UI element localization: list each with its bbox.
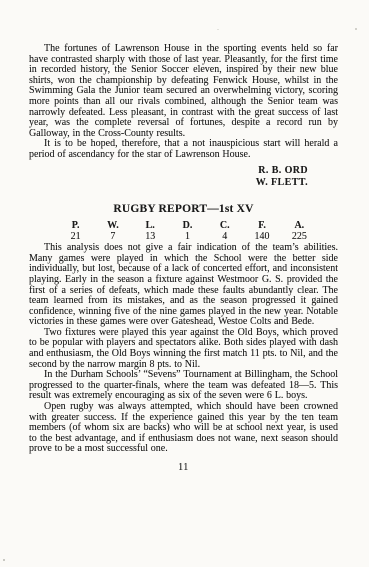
signature-block: R. B. ORD W. FLETT. <box>29 165 338 189</box>
stats-header-cell: P. <box>57 220 94 232</box>
rugby-report-heading: RUGBY REPORT—1st XV <box>29 203 338 215</box>
house-report-paragraph: It is to be hoped, therefore, that a not… <box>29 139 338 160</box>
rugby-stats-table: P. W. L. D. C. F. A. 21 7 13 1 4 140 225 <box>57 220 318 244</box>
scan-speck <box>3 559 5 561</box>
scan-speck <box>355 28 357 30</box>
stats-header-row: P. W. L. D. C. F. A. <box>57 220 318 232</box>
signature-name: R. B. ORD <box>29 165 308 177</box>
scanned-page: The fortunes of Lawrenson House in the s… <box>0 0 369 567</box>
stats-header-cell: F. <box>243 220 280 232</box>
rugby-report-paragraph: In the Durham Schools’ “Sevens” Tourname… <box>29 370 338 402</box>
scan-speck <box>217 29 219 30</box>
house-report-paragraph: The fortunes of Lawrenson House in the s… <box>29 44 338 139</box>
stats-header-cell: A. <box>281 220 318 232</box>
rugby-report-paragraph: Open rugby was always attempted, which s… <box>29 402 338 455</box>
stats-header-cell: L. <box>132 220 169 232</box>
stats-header-cell: W. <box>94 220 131 232</box>
rugby-report-paragraph: This analysis does not give a fair indic… <box>29 243 338 328</box>
stats-header-cell: C. <box>206 220 243 232</box>
page-number: 11 <box>29 463 338 474</box>
stats-header-cell: D. <box>169 220 206 232</box>
signature-name: W. FLETT. <box>29 177 308 189</box>
rugby-report-paragraph: Two fixtures were played this year again… <box>29 328 338 370</box>
